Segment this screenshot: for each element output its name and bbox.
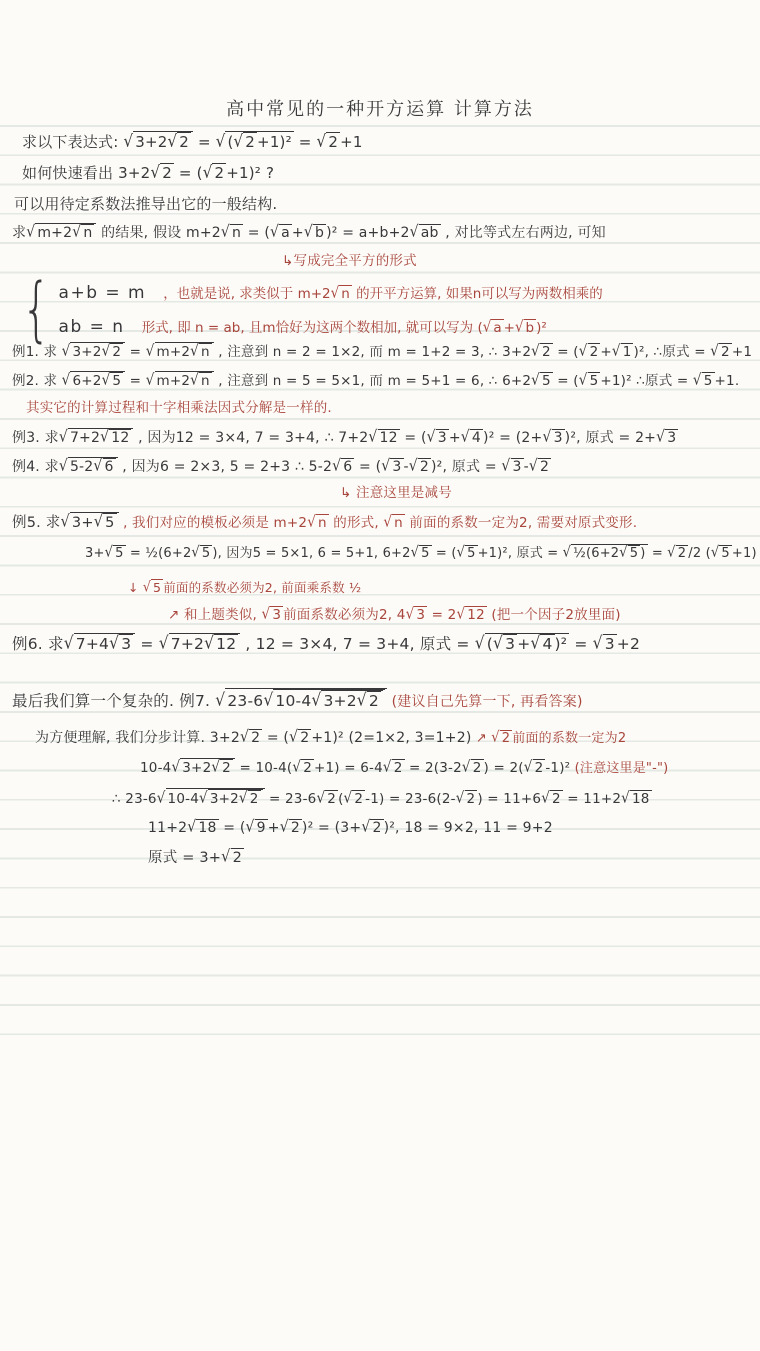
red-note: ↗ √2前面的系数一定为2: [471, 731, 626, 746]
formula: 例3. 求√7+2√12 , 因为12 = 3×4, 7 = 3+4, ∴ 7+…: [12, 430, 678, 446]
formula: 最后我们算一个复杂的. 例7. √23-6√10-4√3+2√2: [12, 692, 387, 710]
system-equation-1: a+b = m ，也就是说, 求类似于 m+2√n 的开平方运算, 如果n可以写…: [59, 282, 603, 303]
minus-sign-annotation: ↳ 注意这里是减号: [340, 484, 452, 504]
red-note: ↳ 注意这里是减号: [340, 485, 452, 501]
example-6-line: 例6. 求√7+4√3 = √7+2√12 , 12 = 3×4, 7 = 3+…: [12, 633, 640, 655]
left-brace: {: [22, 276, 51, 343]
intro-method-line: 可以用待定系数法推导出它的一般结构.: [14, 194, 277, 216]
formula: 例5. 求√3+√5: [12, 515, 119, 531]
derivation-annotation: ↳写成完全平方的形式: [282, 252, 417, 272]
formula: 例4. 求√5-2√6 , 因为6 = 2×3, 5 = 2+3 ∴ 5-2√6…: [12, 459, 551, 475]
intro-expression-line: 求以下表达式: √3+2√2 = √(√2+1)² = √2+1: [22, 131, 363, 154]
formula: 如何快速看出 3+2√2 = (√2+1)² ?: [22, 164, 274, 182]
formula: 求以下表达式: √3+2√2 = √(√2+1)² = √2+1: [22, 133, 363, 151]
example-2-line: 例2. 求 √6+2√5 = √m+2√n , 注意到 n = 5 = 5×1,…: [12, 371, 739, 392]
example-7-step-0: 为方便理解, 我们分步计算. 3+2√2 = (√2+1)² (2=1×2, 3…: [35, 728, 626, 749]
red-note: ↳写成完全平方的形式: [282, 253, 417, 269]
red-note: ↗ 和上题类似, √3前面系数必须为2, 4√3 = 2√12 (把一个因子2放…: [168, 607, 621, 623]
formula: 例6. 求√7+4√3 = √7+2√12 , 12 = 3×4, 7 = 3+…: [12, 635, 640, 653]
page-title: 高中常见的一种开方运算 计算方法: [0, 97, 760, 123]
formula: 例2. 求 √6+2√5 = √m+2√n , 注意到 n = 5 = 5×1,…: [12, 373, 739, 389]
formula: 3+√5 = ½(6+2√5), 因为5 = 5×1, 6 = 5+1, 6+2…: [85, 546, 760, 561]
red-note: 其实它的计算过程和十字相乘法因式分解是一样的.: [26, 400, 332, 416]
example-7-header-line: 最后我们算一个复杂的. 例7. √23-6√10-4√3+2√2 (建议自己先算…: [12, 688, 583, 712]
formula: 原式 = 3+√2: [148, 850, 244, 866]
red-note: (注意这里是"-"): [570, 761, 668, 776]
example-7-step-1: 10-4√3+2√2 = 10-4(√2+1) = 6-4√2 = 2(3-2√…: [140, 758, 668, 779]
formula: 11+2√18 = (√9+√2)² = (3+√2)², 18 = 9×2, …: [148, 820, 553, 836]
formula: ab = n: [59, 317, 125, 337]
formula: 10-4√3+2√2 = 10-4(√2+1) = 6-4√2 = 2(3-2√…: [140, 760, 570, 776]
notebook-page: 高中常见的一种开方运算 计算方法 求以下表达式: √3+2√2 = √(√2+1…: [0, 0, 760, 1351]
example-1-line: 例1. 求 √3+2√2 = √m+2√n , 注意到 n = 2 = 1×2,…: [12, 342, 752, 363]
example-7-result-line: 原式 = 3+√2: [148, 848, 244, 869]
red-note: 形式, 即 n = ab, 且m恰好为这两个数相加, 就可以写为 (√a+√b)…: [142, 320, 547, 336]
example-5-work-line: 3+√5 = ½(6+2√5), 因为5 = 5×1, 6 = 5+1, 6+2…: [85, 544, 760, 564]
coefficient-annotation: ↓ √5前面的系数必须为2, 前面乘系数 ½: [128, 579, 361, 597]
text: 可以用待定系数法推导出它的一般结构.: [14, 195, 277, 213]
example-7-step-3: 11+2√18 = (√9+√2)² = (3+√2)², 18 = 9×2, …: [148, 818, 553, 838]
formula: 例1. 求 √3+2√2 = √m+2√n , 注意到 n = 2 = 1×2,…: [12, 344, 752, 360]
derivation-line: 求√m+2√n 的结果, 假设 m+2√n = (√a+√b)² = a+b+2…: [12, 223, 606, 243]
example-5-line: 例5. 求√3+√5 , 我们对应的模板必须是 m+2√n 的形式, √n 前面…: [12, 512, 637, 534]
red-note: , 我们对应的模板必须是 m+2√n 的形式, √n 前面的系数一定为2, 需要…: [119, 515, 638, 531]
red-note: (建议自己先算一下, 再看答案): [387, 694, 583, 710]
red-note: ，也就是说, 求类似于 m+2√n 的开平方运算, 如果n可以写为两数相乘的: [163, 286, 603, 302]
example-6-annotation: ↗ 和上题类似, √3前面系数必须为2, 4√3 = 2√12 (把一个因子2放…: [168, 606, 621, 626]
formula: ∴ 23-6√10-4√3+2√2 = 23-6√2(√2-1) = 23-6(…: [112, 791, 652, 807]
formula: 求√m+2√n 的结果, 假设 m+2√n = (√a+√b)² = a+b+2…: [12, 225, 606, 241]
example-3-line: 例3. 求√7+2√12 , 因为12 = 3×4, 7 = 3+4, ∴ 7+…: [12, 428, 678, 448]
intro-question-line: 如何快速看出 3+2√2 = (√2+1)² ?: [22, 163, 274, 185]
formula: a+b = m: [59, 283, 147, 303]
example-7-step-2: ∴ 23-6√10-4√3+2√2 = 23-6√2(√2-1) = 23-6(…: [112, 788, 652, 810]
equation-system: { a+b = m ，也就是说, 求类似于 m+2√n 的开平方运算, 如果n可…: [14, 276, 603, 343]
red-note: ↓ √5前面的系数必须为2, 前面乘系数 ½: [128, 580, 361, 595]
formula: 为方便理解, 我们分步计算. 3+2√2 = (√2+1)² (2=1×2, 3…: [35, 730, 471, 746]
cross-multiplication-annotation: 其实它的计算过程和十字相乘法因式分解是一样的.: [26, 399, 332, 419]
example-4-line: 例4. 求√5-2√6 , 因为6 = 2×3, 5 = 2+3 ∴ 5-2√6…: [12, 457, 551, 477]
system-equation-2: ab = n 形式, 即 n = ab, 且m恰好为这两个数相加, 就可以写为 …: [59, 316, 603, 337]
